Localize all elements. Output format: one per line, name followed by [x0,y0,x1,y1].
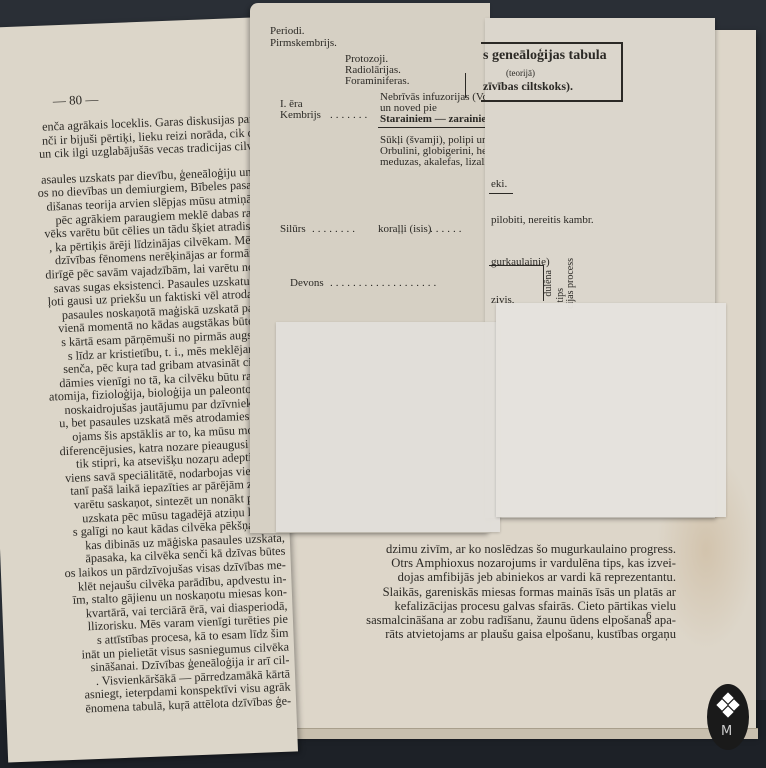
page-number: — 80 — [53,92,99,110]
tree-line [489,193,513,194]
organism-trilobites: pilobiti, nereitis kambr. [491,214,594,226]
chart-subtitle: zīvības ciltskoks). [483,79,573,94]
organism-radiate: Starainiem — zarainien [380,113,492,125]
chart-title: s geneāloģijas tabula [483,48,607,64]
text-line: dojas amfibijās jeb abiniekos ar vardi k… [276,570,676,584]
left-page-text: enča agrākais loceklis. Garas diskusijas… [0,112,291,719]
monogram-letter: M [721,724,732,739]
text-line: sasmalcināšana ar zobu radīšanu, žaunu ū… [276,613,676,627]
chart-title-note: (teorijā) [506,68,535,78]
vertical-label: cijas process [565,258,576,309]
period-devonian: Devons [290,277,324,289]
tree-line [378,127,490,128]
organism-medusae: meduzas, akalefas, lizalija [380,156,495,168]
period-header: Periodi. [270,25,305,37]
text-line: kefalizācijas procesu galvas sfairās. Ci… [276,599,676,613]
watermark-logo: M [707,684,749,750]
organism-vertebrates: gurkaulainie) [491,256,550,268]
text-line: Slaikās, gareniskās miesas formas mainās… [276,585,676,599]
dotted-leader: ................... [330,277,439,289]
dotted-leader: ....... [330,109,370,121]
organism-foraminifera: Foraminiferas. [345,75,409,87]
page-stack-edge [282,728,758,739]
blank-overlay-sheet-left [276,322,500,532]
period-precambrian: Pirmskembrijs. [270,37,337,49]
text-line: Otrs Amphioxus nozarojums ir vardulēna t… [276,556,676,570]
tree-line [489,265,544,266]
right-page-footer-number: 6 [646,610,652,622]
text-line: rāts atvietojams ar plaušu gaisa elpošan… [276,627,676,641]
blank-overlay-sheet-right [496,303,726,517]
dotted-leader: ...... [430,223,465,235]
chart-title-box: s geneāloģijas tabula (teorijā) zīvības … [481,42,623,102]
organism-fragment: eki. [491,178,507,190]
period-silurian: Silūrs [280,223,306,235]
text-line: dzimu zivīm, ar ko noslēdzas šo mugurkau… [276,542,676,556]
right-page-text: dzimu zivīm, ar ko noslēdzas šo mugurkau… [276,542,676,641]
organism-corals: koraļļi (isis) [378,223,431,235]
period-cambrian: Kembrijs [280,109,321,121]
dotted-leader: ........ [312,223,358,235]
vertical-label: dulēna [543,270,554,297]
